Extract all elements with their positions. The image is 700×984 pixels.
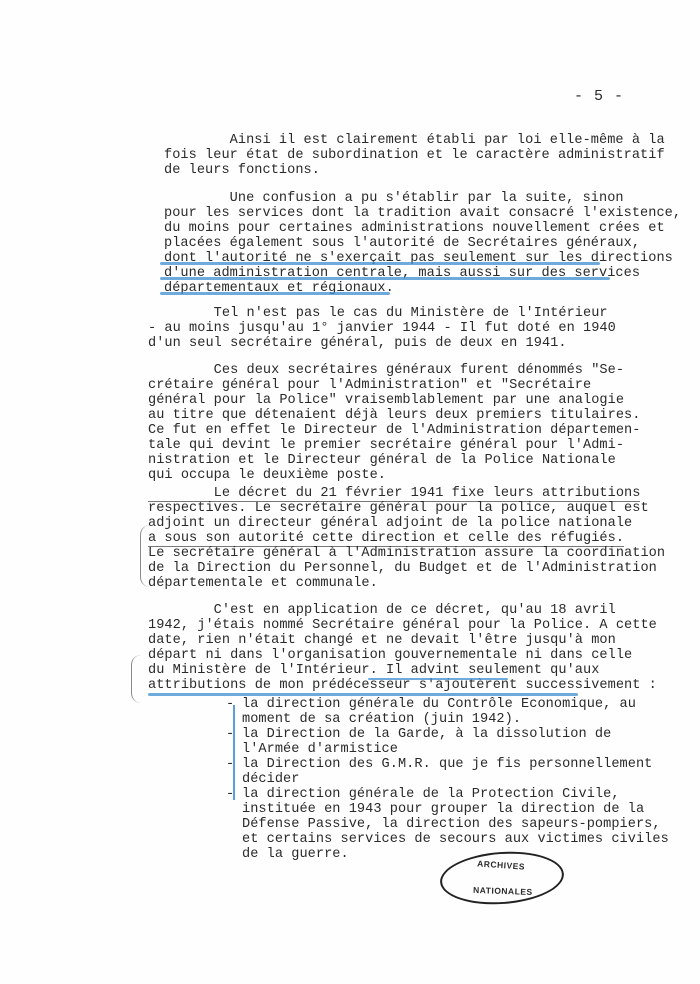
text-line: a sous son autorité cette direction et c… <box>148 531 624 547</box>
list-bullet: - <box>226 787 234 802</box>
blue-margin-line <box>233 705 235 800</box>
text-line: Le secrétaire général à l'Administration… <box>148 546 665 561</box>
blue-underline <box>160 262 600 265</box>
list-item-line: Défense Passive, la direction des sapeur… <box>242 817 661 832</box>
list-item-line: la Direction des G.M.R. que je fis perso… <box>242 757 652 772</box>
list-item-line: instituée en 1943 pour grouper la direct… <box>242 802 644 817</box>
stamp-top-text: ARCHIVES <box>441 856 561 874</box>
list-item-line: l'Armée d'armistice <box>242 742 398 757</box>
document-page: - 5 - Ainsi il est clairement établi par… <box>0 0 700 984</box>
text-line: Ce fut en effet le Directeur de l'Admini… <box>148 423 640 438</box>
text-line: fois leur état de subordination et le ca… <box>164 148 665 163</box>
text-line: de leurs fonctions. <box>164 163 320 178</box>
text-line: Ces deux secrétaires généraux furent dén… <box>148 363 624 378</box>
text-line: C'est en application de ce décret, qu'au… <box>148 603 616 618</box>
text-line: Le décret du 21 février 1941 fixe leurs … <box>148 486 640 502</box>
text-line: de la Direction du Personnel, du Budget … <box>148 561 657 576</box>
list-bullet: - <box>226 757 234 772</box>
text-line: adjoint un directeur général adjoint de … <box>148 516 632 531</box>
text-line: d'un seul secrétaire général, puis de de… <box>148 336 567 351</box>
text-line: Ainsi il est clairement établi par loi e… <box>164 133 665 148</box>
text-line: respectives. Le secrétaire général pour … <box>148 501 649 516</box>
text-line: pour les services dont la tradition avai… <box>164 206 681 221</box>
pencil-bracket <box>140 525 151 587</box>
text-line: du Ministère de l'Intérieur. Il advint s… <box>148 663 599 678</box>
text-line: au titre que détenaient déjà leurs deux … <box>148 408 640 423</box>
text-line: 1942, j'étais nommé Secrétaire général p… <box>148 618 657 633</box>
list-item-line: la Direction de la Garde, à la dissoluti… <box>242 727 611 742</box>
blue-underline <box>368 678 508 680</box>
list-item-line: la direction générale du Contrôle Econom… <box>242 697 636 712</box>
blue-underline <box>160 277 610 280</box>
archives-stamp: ARCHIVES NATIONALES <box>438 848 565 909</box>
text-line: - au moins jusqu'au 1° janvier 1944 - Il… <box>148 321 616 336</box>
text-line: attributions de mon prédécesseur s'ajout… <box>148 678 657 693</box>
stamp-bottom-text: NATIONALES <box>443 884 563 898</box>
blue-underline <box>148 693 578 696</box>
list-item-line: de la guerre. <box>242 847 349 862</box>
text-line: départ ni dans l'organisation gouverneme… <box>148 648 632 663</box>
list-item-line: la direction générale de la Protection C… <box>242 787 620 802</box>
list-item-line: décider <box>242 772 299 787</box>
page-number: - 5 - <box>574 88 624 105</box>
list-bullet: - <box>226 727 234 742</box>
text-line: tale qui devint le premier secrétaire gé… <box>148 438 624 453</box>
text-line: placées également sous l'autorité de Sec… <box>164 236 640 251</box>
list-bullet: - <box>226 697 234 712</box>
text-line: Une confusion a pu s'établir par la suit… <box>164 191 624 206</box>
text-line: général pour la Police" vraisemblablemen… <box>148 393 624 408</box>
text-line: nistration et le Directeur général de la… <box>148 453 616 468</box>
blue-underline <box>160 292 390 295</box>
text-line: du moins pour certaines administrations … <box>164 221 665 236</box>
text-line: crétaire général pour l'Administration" … <box>148 378 591 393</box>
list-item-line: moment de sa création (juin 1942). <box>242 712 521 727</box>
text-line: date, rien n'était changé et ne devait l… <box>148 633 616 648</box>
text-line: qui occupa le deuxième poste. <box>148 468 386 483</box>
list-item-line: et certains services de secours aux vict… <box>242 832 669 847</box>
pencil-bracket <box>131 655 142 703</box>
text-line: départementale et communale. <box>148 576 378 591</box>
text-line: Tel n'est pas le cas du Ministère de l'I… <box>148 306 608 321</box>
